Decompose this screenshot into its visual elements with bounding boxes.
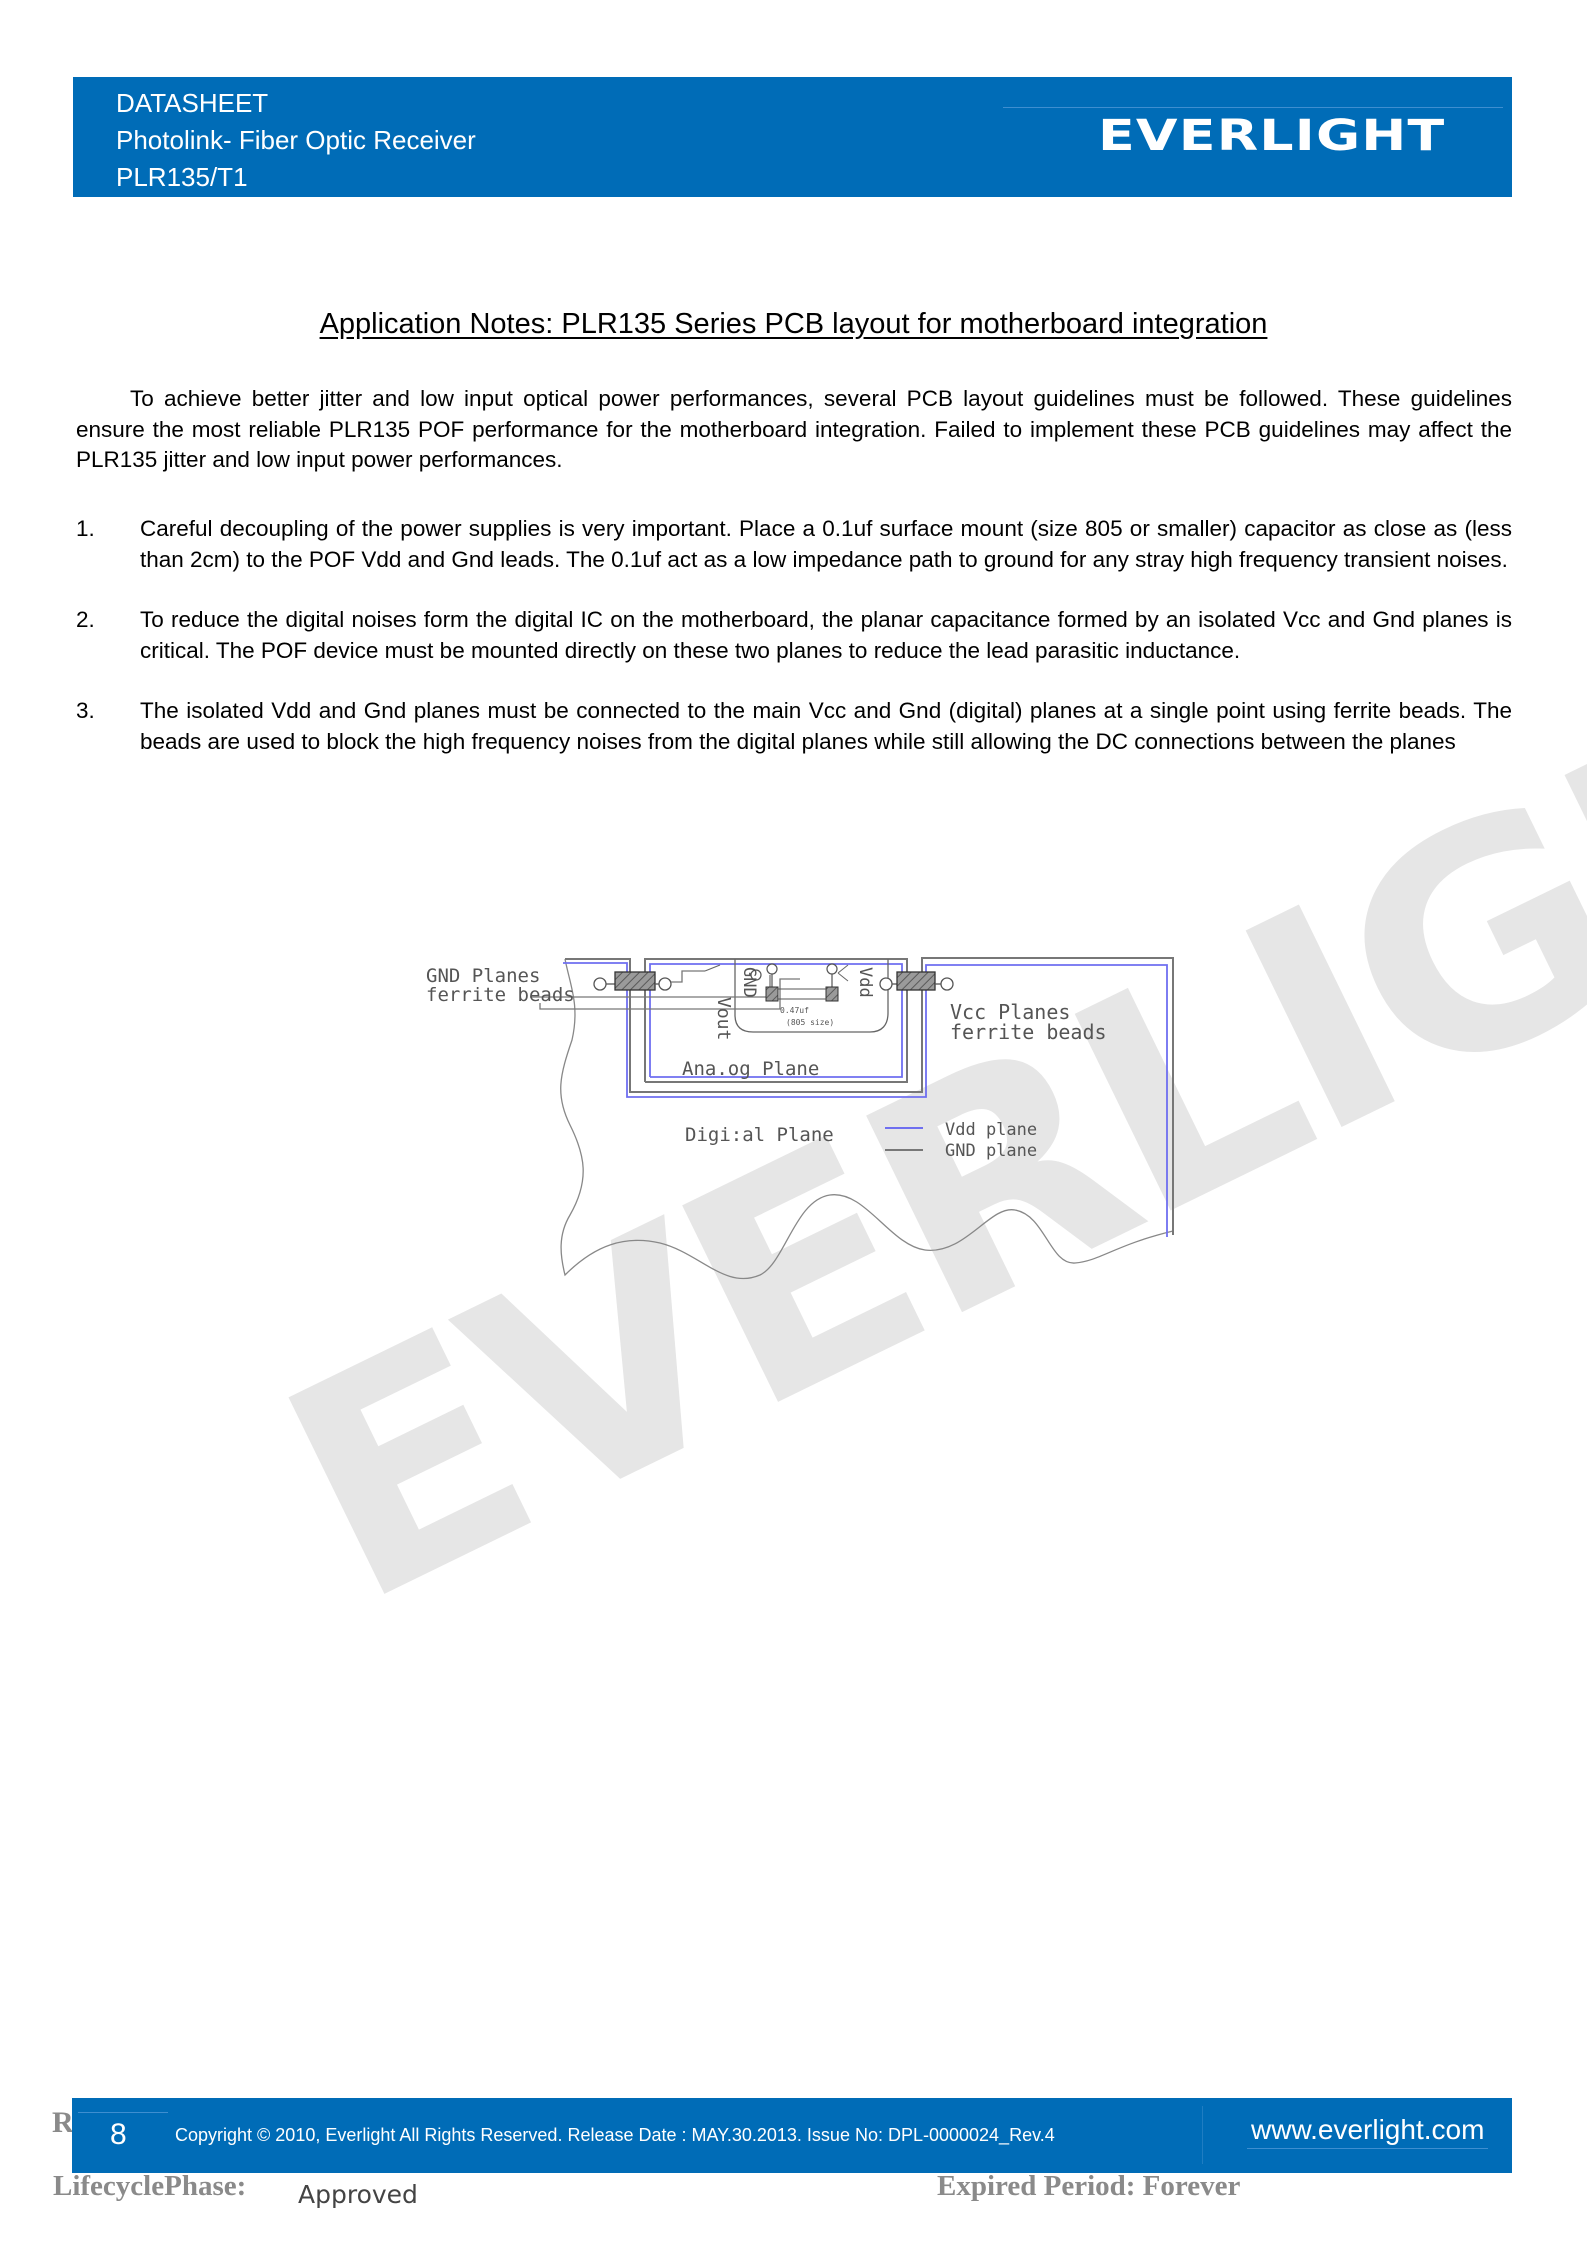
footer-separator xyxy=(1202,2106,1203,2164)
list-number: 1. xyxy=(76,514,95,545)
list-number: 3. xyxy=(76,696,95,727)
legend-vdd-label: Vdd plane xyxy=(945,1120,1037,1140)
page-footer: 8 Copyright © 2010, Everlight All Rights… xyxy=(72,2098,1512,2173)
guidelines-list: 1. Careful decoupling of the power suppl… xyxy=(76,514,1512,787)
gnd-ferrite-bead xyxy=(594,972,671,990)
pin-label-gnd: GND xyxy=(739,967,759,998)
analog-plane-label: Ana.og Plane xyxy=(682,1058,819,1080)
list-item: 1. Careful decoupling of the power suppl… xyxy=(76,514,1512,575)
legend-gnd-label: GND plane xyxy=(945,1141,1037,1161)
pcb-layout-diagram: Vout GND Vdd 0.47uf (805 size) GND Plane… xyxy=(420,945,1200,1285)
intro-text: To achieve better jitter and low input o… xyxy=(76,386,1512,472)
list-item: 2. To reduce the digital noises form the… xyxy=(76,605,1512,666)
list-item: 3. The isolated Vdd and Gnd planes must … xyxy=(76,696,1512,757)
product-family: Photolink- Fiber Optic Receiver xyxy=(116,122,476,159)
header-text: DATASHEET Photolink- Fiber Optic Receive… xyxy=(116,85,476,196)
doc-type: DATASHEET xyxy=(116,85,476,122)
lifecycle-label: LifecyclePhase: xyxy=(53,2170,246,2203)
board-outline xyxy=(561,959,1173,1279)
vcc-ferrite-bead xyxy=(880,972,953,990)
copyright-text: Copyright © 2010, Everlight All Rights R… xyxy=(175,2122,1055,2148)
digital-plane-label: Digi:al Plane xyxy=(685,1124,834,1146)
pin-label-vdd: Vdd xyxy=(855,967,875,998)
list-text: The isolated Vdd and Gnd planes must be … xyxy=(140,698,1512,754)
list-text: To reduce the digital noises form the di… xyxy=(140,607,1512,663)
expired-period: Expired Period: Forever xyxy=(937,2170,1240,2203)
footer-divider xyxy=(78,2112,168,2113)
vcc-beads-label-2: ferrite beads xyxy=(950,1020,1107,1044)
pin-label-vout: Vout xyxy=(713,997,734,1040)
vdd-plane-outline-left xyxy=(563,963,1167,1237)
page-title: Application Notes: PLR135 Series PCB lay… xyxy=(0,308,1587,341)
list-number: 2. xyxy=(76,605,95,636)
capacitor-size: (805 size) xyxy=(786,1018,834,1027)
header-divider xyxy=(1003,107,1503,108)
list-text: Careful decoupling of the power supplies… xyxy=(140,516,1512,572)
stamp-r-fragment: R xyxy=(52,2106,74,2140)
part-number: PLR135/T1 xyxy=(116,159,476,196)
everlight-logo: EVERLIGHT xyxy=(1098,115,1445,155)
gnd-beads-label-2: ferrite beads xyxy=(426,984,575,1006)
capacitor-value: 0.47uf xyxy=(780,1006,809,1015)
website-link[interactable]: www.everlight.com xyxy=(1247,2112,1488,2149)
lifecycle-value: Approved xyxy=(298,2180,418,2209)
page-header: DATASHEET Photolink- Fiber Optic Receive… xyxy=(73,77,1512,197)
page-number: 8 xyxy=(110,2116,127,2154)
intro-paragraph: To achieve better jitter and low input o… xyxy=(76,384,1512,476)
